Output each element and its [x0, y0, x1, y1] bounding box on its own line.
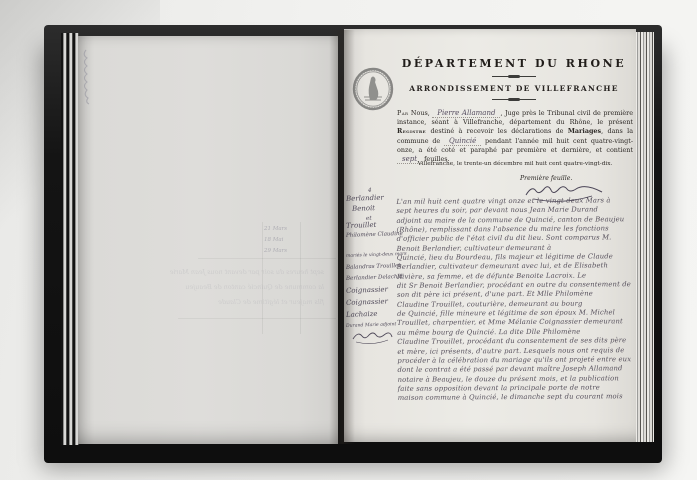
gutter-shadow: [329, 30, 355, 444]
judge-name-handwritten: Pierre Allamand: [432, 109, 500, 118]
arrondissement-title: ARRONDISSEMENT DE VILLEFRANCHE: [394, 84, 634, 93]
bleed-through-line: fils majeur et légitime de Claude: [94, 298, 324, 306]
act-line: d'officier public de l'état civil du dit…: [397, 234, 637, 245]
mariages-word: Mariages: [568, 127, 601, 135]
ghost-date: 21 Mars: [264, 226, 324, 232]
ornament-divider: [492, 76, 536, 77]
ghost-date: 18 Mai: [264, 237, 324, 243]
act-line: maison commune à Quincié, le dimanche se…: [398, 392, 638, 403]
commune-name-handwritten: Quincié: [444, 137, 481, 146]
act-line: Berlandier, cultivateur demeurant avec l…: [397, 262, 637, 273]
ghost-rule-horizontal: [198, 258, 336, 259]
preamble-text: destiné à recevoir les déclarations de: [426, 127, 568, 135]
registre-word: Registre: [397, 127, 426, 135]
page-edges-left: [61, 33, 79, 445]
preamble-text: Par: [397, 109, 408, 117]
left-page: 21 Mars 18 Mai 29 Mars sept heures du so…: [78, 36, 338, 444]
bleed-through-line: sept heures du soir par devant nous Jean…: [94, 268, 324, 276]
vertical-pencil-scribble-icon: [79, 48, 93, 106]
premiere-feuille-label: Première feuille.: [520, 175, 572, 182]
preamble-text: Nous,: [408, 109, 432, 117]
department-title: DÉPARTEMENT DU RHONE: [394, 57, 634, 70]
marriage-act-handwritten: L'an mil huit cent quatre vingt onze et …: [396, 196, 637, 403]
printed-preamble: Par Nous, Pierre Allamand, Juge près le …: [397, 109, 633, 164]
margin-signature-icon: [350, 329, 394, 345]
scanned-register-photo: 21 Mars 18 Mai 29 Mars sept heures du so…: [0, 0, 697, 480]
ghost-date: 29 Mars: [264, 248, 324, 254]
ghost-rule-horizontal: [178, 318, 336, 319]
page-edges-right: [635, 32, 654, 442]
right-page: DÉPARTEMENT DU RHONE ARRONDISSEMENT DE V…: [344, 29, 636, 442]
dateline: Villefranche, le trente-un décembre mil …: [398, 161, 632, 167]
bleed-through-line: la commune de Quincié canton de Beaujeu: [94, 283, 324, 291]
ornament-divider: [492, 99, 536, 100]
official-seal-icon: [352, 67, 394, 111]
